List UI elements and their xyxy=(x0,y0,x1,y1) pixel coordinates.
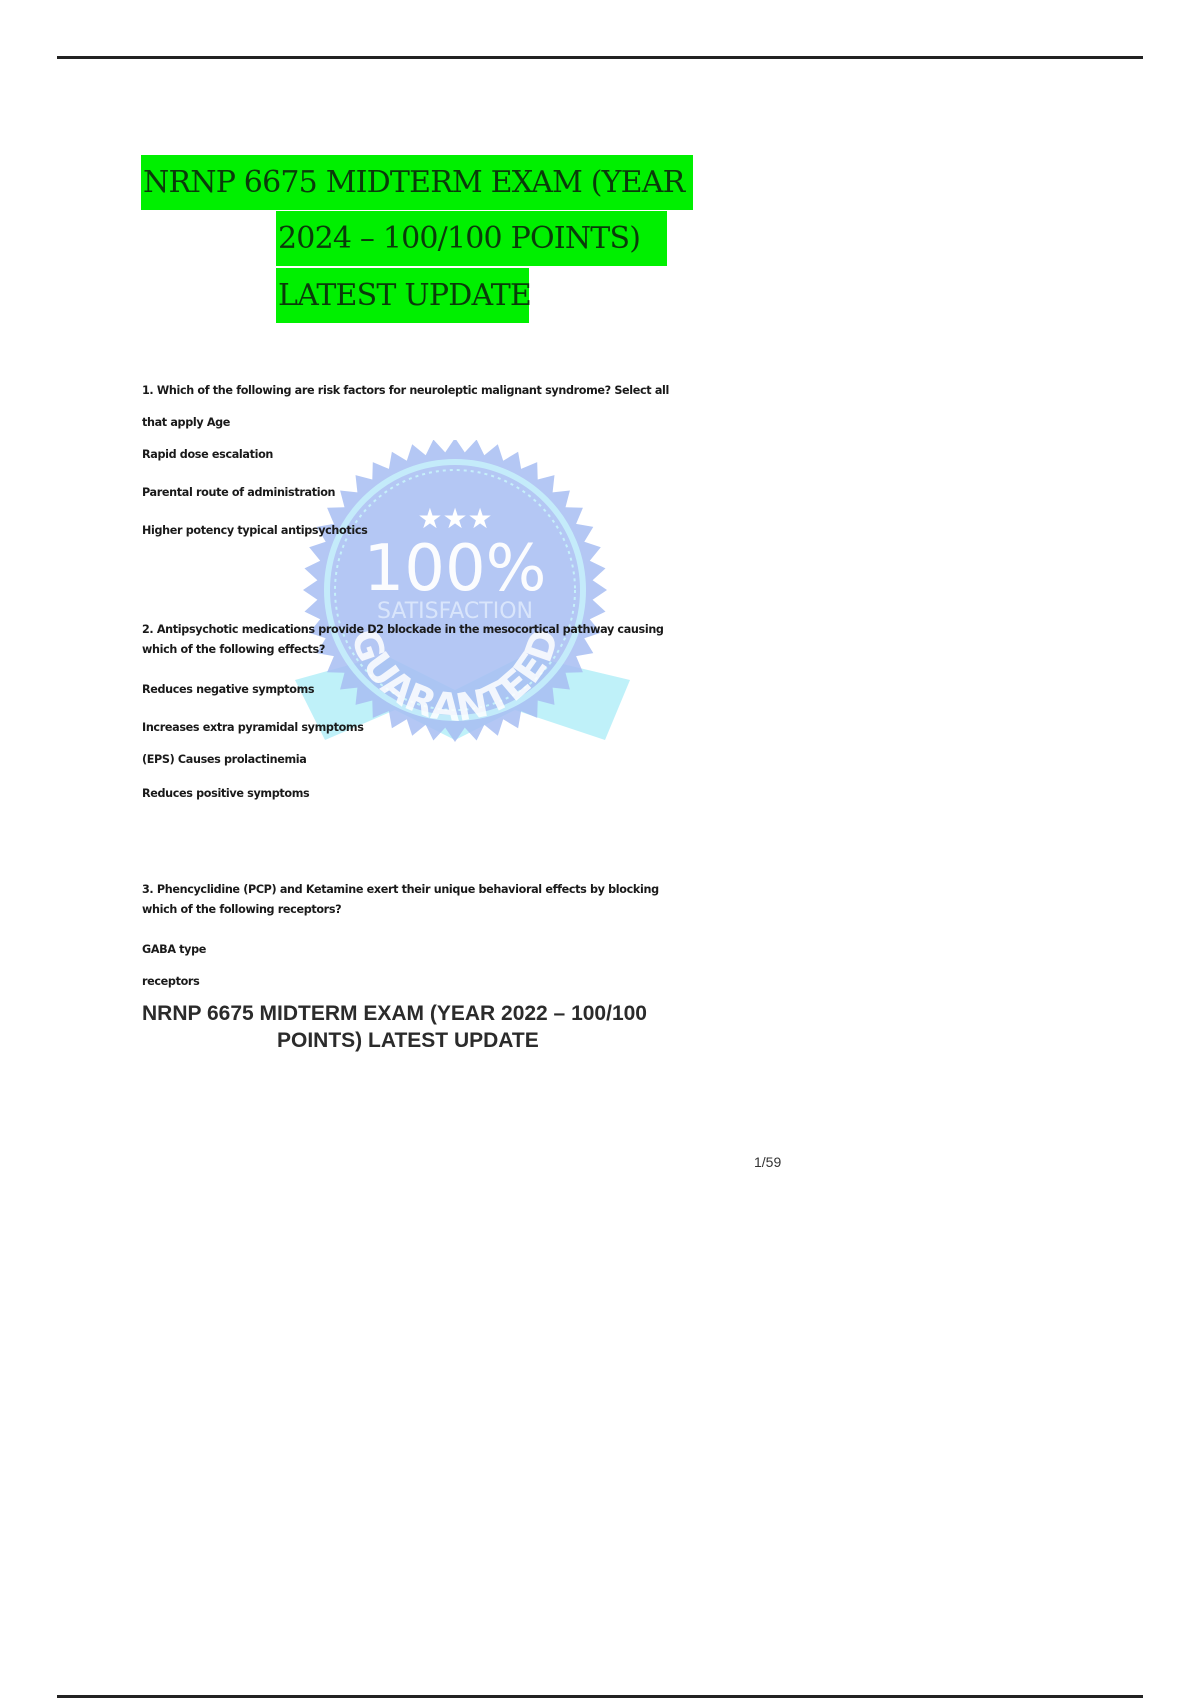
question-1-option: Parental route of administration xyxy=(142,486,335,499)
header-rule xyxy=(57,56,1143,59)
question-1-prompt: 1. Which of the following are risk facto… xyxy=(142,384,669,397)
footer-title: NRNP 6675 MIDTERM EXAM (YEAR 2022 – 100/… xyxy=(142,1000,702,1054)
svg-text:100%: 100% xyxy=(364,532,547,606)
question-3-option: receptors xyxy=(142,975,199,988)
footer-title-line-2: POINTS) LATEST UPDATE xyxy=(142,1027,702,1054)
question-1-option: Higher potency typical antipsychotics xyxy=(142,524,367,537)
svg-text:★★★: ★★★ xyxy=(417,502,492,535)
document-title-line-2: 2024 – 100/100 POINTS) xyxy=(276,211,667,266)
question-2-option: (EPS) Causes prolactinemia xyxy=(142,753,306,766)
question-3-prompt: 3. Phencyclidine (PCP) and Ketamine exer… xyxy=(142,880,672,920)
question-2-option: Reduces positive symptoms xyxy=(142,787,309,800)
document-title-line-1: NRNP 6675 MIDTERM EXAM (YEAR xyxy=(141,155,693,210)
question-1-prompt-cont: that apply Age xyxy=(142,416,230,429)
question-1-option: Rapid dose escalation xyxy=(142,448,273,461)
question-2-prompt: 2. Antipsychotic medications provide D2 … xyxy=(142,620,672,660)
question-2-option: Reduces negative symptoms xyxy=(142,683,314,696)
page-indicator: 1/59 xyxy=(754,1154,781,1170)
question-3-option: GABA type xyxy=(142,943,206,956)
footer-rule xyxy=(57,1695,1143,1698)
question-2-option: Increases extra pyramidal symptoms xyxy=(142,721,364,734)
document-title-line-3: LATEST UPDATE xyxy=(276,268,529,323)
footer-title-line-1: NRNP 6675 MIDTERM EXAM (YEAR 2022 – 100/… xyxy=(142,1000,702,1027)
